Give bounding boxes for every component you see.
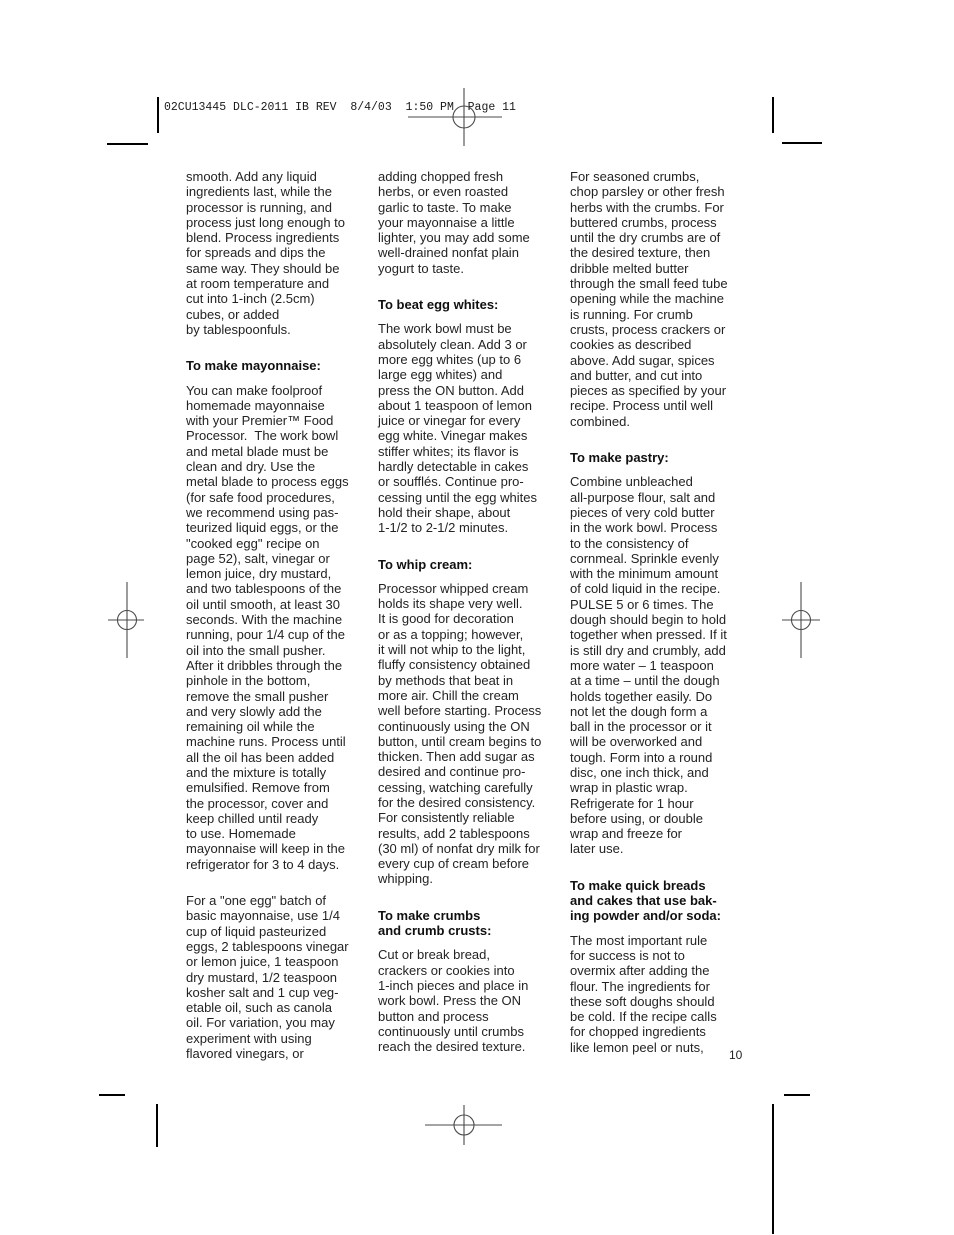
section-heading-mayonnaise: To make mayonnaise:: [186, 358, 378, 373]
section-heading-whip-cream: To whip cream:: [378, 557, 570, 572]
text-column-3: For seasoned crumbs, chop parsley or oth…: [570, 169, 762, 1076]
manual-page: 02CU13445 DLC-2011 IB REV 8/4/03 1:50 PM…: [0, 0, 954, 1235]
paragraph: You can make foolproof homemade mayonnai…: [186, 383, 378, 873]
registration-mark-bottom-center: [425, 1105, 502, 1145]
crop-mark-top-left-vertical: [157, 97, 159, 133]
crop-mark-top-right-vertical: [772, 97, 774, 133]
paragraph: The work bowl must be absolutely clean. …: [378, 321, 570, 535]
paragraph: Combine unbleached all-purpose flour, sa…: [570, 474, 762, 856]
text-column-2: adding chopped fresh herbs, or even roas…: [378, 169, 570, 1075]
paragraph: For a "one egg" batch of basic mayonnais…: [186, 893, 378, 1061]
registration-mark-right-middle: [782, 582, 820, 658]
crop-mark-bottom-right-horizontal: [784, 1094, 810, 1096]
paragraph: For seasoned crumbs, chop parsley or oth…: [570, 169, 762, 429]
crop-mark-bottom-right-vertical: [772, 1104, 774, 1234]
crop-mark-bottom-left-vertical: [156, 1104, 158, 1147]
section-heading-pastry: To make pastry:: [570, 450, 762, 465]
registration-mark-top-center: [408, 88, 502, 146]
crop-mark-top-left-horizontal: [107, 143, 148, 145]
paragraph: smooth. Add any liquid ingredients last,…: [186, 169, 378, 337]
crop-mark-bottom-left-horizontal: [99, 1094, 125, 1096]
paragraph: Cut or break bread, crackers or cookies …: [378, 947, 570, 1054]
section-heading-crumbs: To make crumbs and crumb crusts:: [378, 908, 570, 939]
paragraph: The most important rule for success is n…: [570, 933, 762, 1055]
paragraph: Processor whipped cream holds its shape …: [378, 581, 570, 887]
page-number: 10: [729, 1048, 742, 1062]
paragraph: adding chopped fresh herbs, or even roas…: [378, 169, 570, 276]
registration-mark-left-middle: [108, 582, 144, 658]
crop-mark-top-right-horizontal: [782, 142, 822, 144]
text-column-1: smooth. Add any liquid ingredients last,…: [186, 169, 378, 1082]
section-heading-quick-breads: To make quick breads and cakes that use …: [570, 878, 762, 924]
section-heading-egg-whites: To beat egg whites:: [378, 297, 570, 312]
